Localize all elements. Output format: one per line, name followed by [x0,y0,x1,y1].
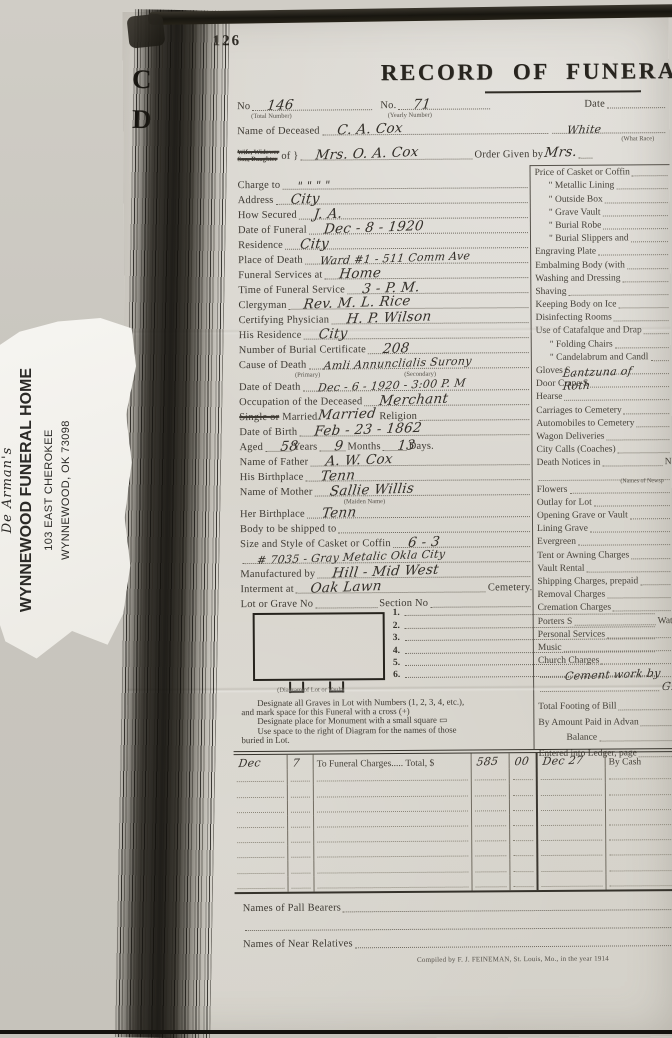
ledger-empty-cell [314,799,472,815]
spine-letter-d: D [132,104,152,135]
dotted-leader: 3 - P. M. [347,280,529,294]
ledger-empty-cell [606,798,672,814]
ledger-empty-cell [510,829,538,844]
diagram-instructions: Designate all Graves in Lot with Numbers… [241,697,537,745]
dotted-leader [594,496,670,507]
ledger-empty-cell [472,784,510,799]
price-label: By Amount Paid in Advan [538,717,638,729]
field-label: Date [584,99,605,111]
ledger-empty-cell [288,785,314,800]
form-header-fields: No146No.71Date(Total Number)(Yearly Numb… [237,94,667,163]
handwritten-value: 71 [412,96,432,113]
handwritten-value: Tenn [321,504,358,521]
dotted-leader [564,390,669,401]
price-item: Evergreen [537,534,672,548]
dotted-leader [578,146,592,159]
ledger-empty-cell [510,768,538,783]
pall-bearers-row: Names of Pall Bearers [243,898,672,915]
handwritten-value: City [290,191,321,208]
stamp-city-state-zip: WYNNEWOOD, OK 73098 [60,330,72,650]
field-label: Address [238,195,274,207]
ledger-empty-cell [538,813,606,829]
price-label: Vault Rental [537,564,584,575]
field-label: Cemetery. [488,582,533,594]
price-label: Hearse [536,392,562,403]
ledger-paid-date: Dec 27 [538,753,606,769]
dotted-leader: Amli Annunclialis Surony [308,355,529,370]
dotted-leader: Merchant [364,392,529,406]
ledger-empty-cell [606,858,672,874]
handwritten-value: Dec - 8 - 1920 [323,218,425,238]
price-item: Carriages to Cemetery [536,402,671,416]
price-label: " Outside Box [549,194,603,205]
dotted-leader: 13 [383,438,407,451]
price-item: Total Footing of Bill [538,699,672,713]
ledger-empty-cell [288,846,314,861]
dotted-leader [650,351,668,361]
dotted-leader [636,417,669,427]
ledger-empty-cell [538,859,606,875]
handwritten-value: 00 [514,755,530,769]
dotted-leader: Tenn [307,504,530,519]
struck-label: Single or [239,412,279,424]
dotted-leader [607,588,670,598]
dotted-leader [615,338,669,348]
field-label: No. [380,100,396,112]
handwritten-value: Dec [238,756,262,770]
price-label: " Grave Vault [549,207,601,218]
ledger-empty-cell [510,814,538,829]
dotted-leader [641,716,672,726]
price-label: Removal Charges [537,590,605,601]
page-number: 126 [213,33,242,50]
price-item: (Names of Newsp [537,468,672,482]
book-top-corner [126,13,165,49]
ledger-empty-cell [606,813,672,829]
title-underline [485,90,641,93]
dotted-leader [569,483,669,494]
dotted-leader: C. A. Cox [322,121,548,136]
field-label: Residence [238,240,283,252]
field-label: Names of Pall Bearers [243,902,341,915]
dotted-leader: White [552,120,666,134]
dotted-leader [618,443,670,453]
scan-bottom-edge [0,1030,672,1034]
funeral-record-page: 126 RECORD OF FUNERAL No146No.71Date(Tot… [122,8,672,1038]
price-label: Total Footing of Bill [538,701,616,713]
price-item: Engraving Plate [535,244,670,258]
price-item: Automobiles to Cemetery [536,416,671,430]
price-item: " Burial Robe [535,218,670,232]
field-label: Lot or Grave No [241,599,314,612]
price-item: Price of Casket or Coffin [535,165,670,179]
scanned-funeral-record: { "page": { "number": "126", "title": "R… [0,0,672,1038]
ledger-day: 7 [288,755,314,770]
dotted-leader: Hill - Mid West [317,564,530,578]
dotted-leader: # 7035 - Gray Metalic Okla City [242,549,530,564]
ledger-description: To Funeral Charges..... Total, $ [314,753,472,769]
dotted-leader: 146 [252,97,372,111]
dotted-leader [603,219,668,229]
price-item: Vault Rental [537,561,672,575]
field-label: Date of Birth [239,427,297,439]
ledger-empty-cell [510,783,538,798]
dotted-leader [315,595,377,608]
grave-lot-diagram-box [253,612,385,681]
field-label: Married [282,412,317,424]
stamp-address: 103 EAST CHEROKEE [43,330,55,650]
price-label: Evergreen [537,537,576,548]
ledger-empty-cell [288,861,314,876]
ledger-empty-cell [234,861,288,877]
struck-label: Son, Daughter [237,156,279,163]
dotted-leader: 6 - 3 [393,534,530,548]
dotted-leader [405,655,655,666]
dotted-leader: A. W. Cox [310,452,529,467]
spine-letter-c: C [132,64,152,95]
price-item: Tent or Awning Charges [537,548,672,562]
dotted-leader: " " " " [282,175,527,190]
ledger-empty-cell [538,844,606,860]
dotted-leader: 9 [319,438,345,451]
ledger-empty-cell [288,800,314,815]
spacer [240,498,344,499]
ledger-empty-cell [234,876,288,892]
ledger-empty-cell [314,784,472,800]
ledger-empty-cell [606,874,672,890]
price-label: Washing and Dressing [535,273,620,285]
ledger-empty-cell [510,875,538,890]
dotted-leader [578,536,670,547]
ledger-empty-cell [288,815,314,830]
ledger-empty-cell [472,799,510,814]
ledger-empty-cell [538,828,606,844]
ledger-empty-cell [472,860,510,875]
field-label: Place of Death [238,255,303,267]
dotted-leader: 208 [368,340,529,354]
slot-number: 6. [393,670,400,680]
price-label: Disinfecting Rooms [536,313,612,325]
dotted-leader: City [275,190,527,205]
dotted-leader: City [285,235,528,250]
ledger-empty-cell [510,859,538,874]
price-item: " Folding Chairs [536,337,671,351]
price-item: Hearse [536,389,671,403]
ledger-empty-cell [510,799,538,814]
dotted-leader [614,311,669,321]
dotted-leader [405,643,655,654]
dotted-leader: Feb - 23 - 1862 [299,422,529,437]
field-label: Aged [239,442,263,454]
price-tail: Wat [658,616,672,627]
ledger-empty-cell [314,814,472,830]
dotted-leader [587,562,671,573]
dotted-leader: Rev. M. L. Rice [289,295,529,310]
field-label: of } [281,151,298,163]
ledger-empty-cell [234,770,288,786]
ledger-dollars: 585 [472,753,510,768]
dotted-leader [618,700,671,710]
price-label: Outlay for Lot [537,498,592,509]
ledger-empty-cell [234,800,288,816]
dotted-leader [630,509,670,519]
price-label: Balance [566,733,597,744]
document-title: RECORD OF FUNERAL [381,58,672,86]
near-relatives-row: Names of Near Relatives [243,934,672,951]
field-label: Clergyman [238,300,286,312]
dotted-leader [405,618,655,629]
handwritten-value: 146 [266,97,295,114]
ledger-empty-cell [288,876,314,891]
price-item: By Amount Paid in Advan [538,715,672,729]
handwritten-value: 7 [292,757,301,770]
dotted-leader [603,206,668,216]
stamp-text: De Arman's WYNNEWOOD FUNERAL HOME 103 EA… [0,330,130,650]
price-label: Tent or Awning Charges [537,550,629,562]
price-label: Death Notices in [537,458,601,469]
dotted-leader [622,272,668,282]
dotted-leader: H. P. Wilson [331,310,528,324]
ledger-empty-cell [288,831,314,846]
instruction-line: buried in Lot. [241,734,537,745]
dotted-leader: Mrs. O. A. Cox [300,146,472,160]
dotted-leader [568,285,668,296]
price-label: Price of Casket or Coffin [535,168,630,180]
dotted-leader [405,630,655,641]
price-item: Washing and Dressing [535,271,670,285]
ledger-empty-cell [472,875,510,890]
field-label: Manufactured by [240,569,315,582]
field-label: Cause of Death [239,360,307,372]
form-row: Wife, WidowerSon, Daughterof }Mrs. O. A.… [237,144,667,163]
stamp-label: De Arman's WYNNEWOOD FUNERAL HOME 103 EA… [0,318,136,662]
handwritten-value: Mrs. O. A. Cox [315,144,420,164]
ledger-empty-cell [472,768,510,783]
field-label: Number of Burial Certificate [239,344,366,357]
stamp-business-name: WYNNEWOOD FUNERAL HOME [18,330,36,650]
ledger-cents: 00 [510,753,538,768]
field-label: Name of Father [240,457,309,469]
price-item: " Burial Slippers and [535,231,670,245]
grave-name-slots: 1.2.3.4.5.6. [393,604,658,680]
ledger-empty-cell [314,860,472,876]
ledger-empty-cell [234,785,288,801]
handwritten-value: Oak Lawn [310,578,383,597]
dotted-leader [605,193,668,203]
price-item: Shaving [535,284,670,298]
price-label: Flowers [537,485,568,496]
ledger-empty-cell [472,829,510,844]
price-item: Opening Grave or Vault [537,508,672,522]
dotted-leader [590,522,670,533]
slot-number: 2. [393,621,400,631]
slot-number: 1. [393,608,400,618]
dotted-leader: 71 [398,96,490,110]
dotted-leader [405,668,655,679]
dotted-leader [640,575,670,585]
handwritten-value: Dec 27 [542,754,584,768]
charges-ledger-table: Dec7To Funeral Charges..... Total, $5850… [234,748,672,894]
handwritten-value: 585 [476,755,499,769]
ledger-empty-cell [314,875,472,891]
field-label: Charge to [238,180,281,192]
price-item: Outlay for Lot [537,495,672,509]
ledger-paid-method: By Cash [606,752,672,768]
field-label: Her Birthplace [240,509,305,521]
dotted-leader [598,245,668,255]
ledger-empty-cell [606,782,672,798]
ledger-empty-cell [538,768,606,784]
price-item: Wagon Deliveries [536,429,671,443]
slot-number: 4. [393,646,400,656]
dotted-leader [343,897,672,912]
handwritten-value: 13 [397,437,417,454]
field-label: How Secured [238,210,297,222]
price-label: City Calls (Coaches) [536,445,615,457]
dotted-leader [602,456,662,466]
dotted-leader [405,606,655,617]
ledger-empty-cell [314,845,472,861]
handwritten-value: A. W. Cox [324,451,393,469]
dotted-leader [355,933,672,948]
dotted-leader [616,179,667,189]
price-item: Removal Charges [537,587,672,601]
price-tail: N [665,457,672,468]
price-label: Keeping Body on Ice [535,300,616,312]
slot-number: 5. [393,658,400,668]
field-label: Funeral Services at [238,270,322,283]
handwritten-value: Merchant [378,391,449,409]
price-label: " Burial Slippers and [549,234,629,246]
handwritten-value: C. A. Cox [336,120,403,138]
price-item: Keeping Body on Ice [535,297,670,311]
price-item: Lining Grave [537,521,672,535]
price-item: City Calls (Coaches) [536,442,671,456]
slot-number: 3. [393,633,400,643]
price-item: Shipping Charges, prepaid [537,574,672,588]
ledger-empty-cell [510,844,538,859]
ledger-empty-cell [538,783,606,799]
price-label: Shaving [535,287,566,298]
handwritten-value: H. P. Wilson [345,308,432,327]
ledger-empty-cell [606,828,672,844]
dotted-leader [599,731,671,742]
ledger-empty-cell [314,829,472,845]
handwritten-value: City [299,236,330,253]
price-label: " Folding Chairs [550,339,613,350]
price-label: Engraving Plate [535,247,596,258]
field-label: Name of Deceased [237,126,320,139]
dotted-leader [606,430,669,440]
ledger-empty-cell [538,874,606,890]
ledger-empty-cell [234,816,288,832]
form-fields: Charge to" " " "AddressCityHow SecuredJ.… [238,175,533,611]
ledger-empty-row [234,874,672,892]
handwritten-value: Sallie Willis [329,480,415,499]
dotted-leader: 58 [265,439,291,452]
dotted-leader: Dec - 8 - 1920 [309,220,528,235]
ledger-empty-cell [234,831,288,847]
ledger-empty-cell [538,798,606,814]
dotted-leader [419,407,529,421]
struck-label-stack: Wife, WidowerSon, Daughter [237,149,279,163]
dotted-leader: Sallie Willis [314,482,529,497]
dotted-leader [245,915,672,931]
field-label: Interment at [240,584,294,596]
compiled-by-credit: Compiled by F. J. FEINEMAN, St. Louis, M… [417,955,609,964]
field-label: Names of Near Relatives [243,938,353,951]
handwritten-value: Feb - 23 - 1862 [313,420,423,440]
stamp-script-name: De Arman's [0,330,15,650]
price-item: Balance [538,730,672,744]
field-label: No [237,101,250,113]
field-label: His Birthplace [240,472,304,484]
handwritten-value: 58 [279,438,299,455]
ledger-empty-cell [472,814,510,829]
spacer [292,112,388,113]
price-item: Flowers [537,482,672,496]
field-label: Certifying Physician [239,314,330,327]
ledger-empty-cell [234,846,288,862]
dotted-leader: Tenn [305,467,529,482]
dotted-leader [338,519,530,533]
price-label: Shipping Charges, prepaid [537,576,638,588]
field-label: Date of Death [239,382,301,394]
dotted-leader [631,232,668,242]
ledger-empty-cell [606,767,672,783]
dotted-leader [627,259,668,269]
price-item: " Metallic Lining [535,178,670,192]
continuation-row [243,916,672,933]
dotted-leader [624,404,670,414]
field-label: Order Given by [474,149,543,161]
handwritten-value: 208 [382,340,411,357]
dotted-leader: Oak Lawn [296,579,486,593]
dotted-leader [631,549,670,559]
dotted-leader [618,298,668,308]
price-label: Wagon Deliveries [536,432,604,443]
ledger-empty-cell [472,844,510,859]
price-label: Embalming Body (with [535,260,625,272]
dotted-leader [632,166,668,176]
field-label: Body to be shipped to [240,523,336,536]
price-label: Lining Grave [537,524,588,535]
price-label: " Burial Robe [549,221,602,232]
caption-label: (Total Number) [251,113,292,120]
dotted-leader [607,95,665,108]
price-item: Door Crape SRoth [536,376,671,390]
dotted-leader: Ward #1 - 511 Comm Ave [305,250,528,265]
price-item: " Grave Vault [535,205,670,219]
price-label: " Candelabrum and Candl [550,352,649,364]
price-item: Gloves SLantzuna of [536,363,671,377]
spacer [320,371,404,372]
dotted-leader: Home [324,265,528,279]
caption-label: (Yearly Number) [388,112,432,119]
handwritten-value: Mrs. [543,144,578,161]
caption-label: (What Race) [621,135,654,142]
price-label: Carriages to Cemetery [536,405,622,417]
price-item: Disinfecting Rooms [536,310,671,324]
price-label: Opening Grave or Vault [537,510,628,522]
ledger-empty-cell [314,769,472,785]
field-label: Date of Funeral [238,225,307,237]
ledger-empty-cell [288,770,314,785]
price-item: Embalming Body (with [535,257,670,271]
price-label: Automobiles to Cemetery [536,418,634,430]
ledger-empty-cell [606,843,672,859]
price-item: " Candelabrum and Candl [536,350,671,364]
